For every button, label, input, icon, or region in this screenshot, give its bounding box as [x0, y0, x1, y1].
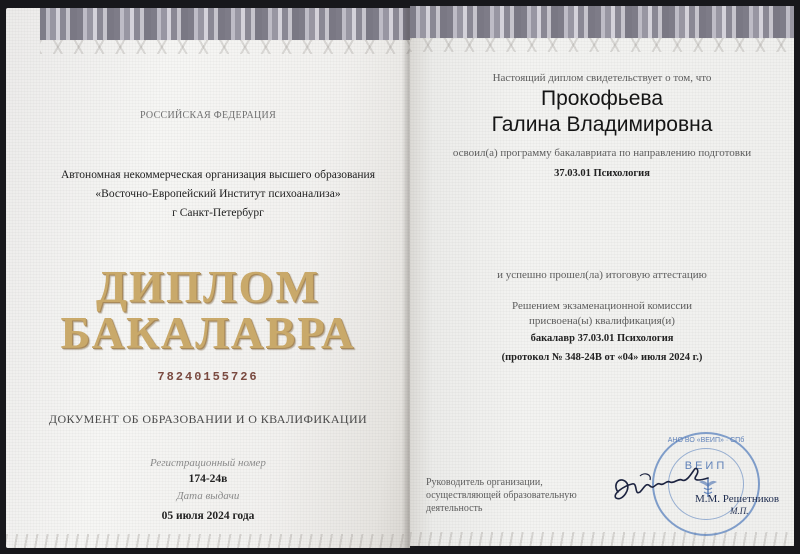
intro-text: Настоящий диплом свидетельствует о том, … [410, 72, 794, 84]
organization-line: Автономная некоммерческая организация вы… [26, 166, 410, 185]
title-line: ДИПЛОМ [26, 264, 390, 310]
organization-line: г Санкт-Петербург [26, 204, 410, 223]
head-label-line: деятельность [426, 502, 577, 515]
security-pattern-band [40, 8, 410, 40]
commission-line: присвоена(ы) квалификация(и) [410, 314, 794, 329]
program-text: освоил(а) программу бакалавриата по напр… [410, 147, 794, 159]
page-edge [6, 534, 410, 548]
stamp-ring-text: АНО ВО «ВЕИП» · СПб [654, 437, 758, 444]
title-line: БАКАЛАВРА [26, 310, 390, 356]
qualification: бакалавр 37.03.01 Психология [410, 333, 794, 344]
signer-name: М.М. Решетников [695, 493, 779, 505]
issue-date: 05 июля 2024 года [26, 510, 390, 522]
page-edge [410, 532, 794, 546]
graduate-surname: Прокофьева [410, 86, 794, 112]
registration-number-label: Регистрационный номер [26, 457, 390, 469]
document-type-label: ДОКУМЕНТ ОБ ОБРАЗОВАНИИ И О КВАЛИФИКАЦИИ [6, 412, 410, 427]
graduate-given-names: Галина Владимировна [410, 112, 794, 138]
registration-number: 174-24в [26, 473, 390, 485]
country-label: РОССИЙСКАЯ ФЕДЕРАЦИЯ [6, 110, 410, 121]
protocol: (протокол № 348-24В от «04» июля 2024 г.… [410, 352, 794, 363]
serial-number: 78240155726 [26, 370, 390, 384]
head-label-line: осуществляющей образовательную [426, 489, 577, 502]
security-pattern-band [410, 6, 794, 38]
issue-date-label: Дата выдачи [26, 490, 390, 502]
commission-text: Решением экзаменационной комиссии присво… [410, 299, 794, 329]
diploma-left-page: РОССИЙСКАЯ ФЕДЕРАЦИЯ Автономная некоммер… [6, 8, 410, 548]
diploma-title: ДИПЛОМ БАКАЛАВРА [26, 264, 390, 356]
commission-line: Решением экзаменационной комиссии [410, 299, 794, 314]
stamp-place-mark: М.П. [730, 506, 749, 516]
organization-block: Автономная некоммерческая организация вы… [26, 166, 410, 223]
head-of-organization-label: Руководитель организации, осуществляющей… [426, 476, 577, 515]
attestation-text: и успешно прошел(ла) итоговую аттестацию [410, 269, 794, 281]
graduate-name: Прокофьева Галина Владимировна [410, 86, 794, 138]
organization-line: «Восточно-Европейский Институт психоанал… [26, 185, 410, 204]
specialty: 37.03.01 Психология [410, 168, 794, 179]
head-label-line: Руководитель организации, [426, 476, 577, 489]
